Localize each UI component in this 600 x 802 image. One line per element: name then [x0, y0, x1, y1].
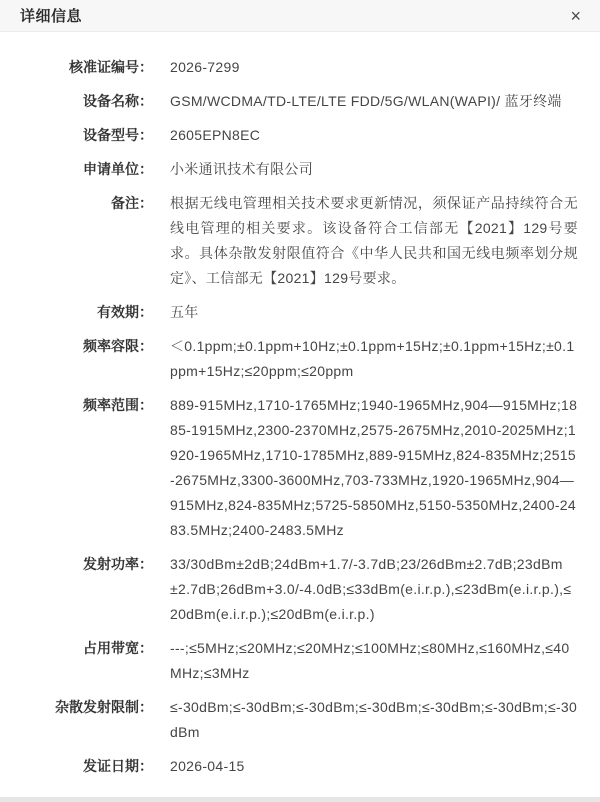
- field-label: 设备型号：: [18, 123, 153, 148]
- field-row-applicant: 申请单位： 小米通讯技术有限公司: [18, 157, 578, 182]
- dialog-header: 详细信息 ×: [0, 0, 600, 32]
- field-label: 杂散发射限制：: [18, 695, 153, 720]
- field-row-transmit-power: 发射功率： 33/30dBm±2dB;24dBm+1.7/-3.7dB;23/2…: [18, 552, 578, 627]
- field-row-device-name: 设备名称： GSM/WCDMA/TD-LTE/LTE FDD/5G/WLAN(W…: [18, 89, 578, 114]
- field-value: 2026-7299: [170, 55, 578, 80]
- field-row-validity-period: 有效期： 五年: [18, 300, 578, 325]
- field-label: 核准证编号：: [18, 55, 153, 80]
- field-row-frequency-range: 频率范围： 889-915MHz,1710-1765MHz;1940-1965M…: [18, 393, 578, 543]
- dialog-body: 核准证编号： 2026-7299 设备名称： GSM/WCDMA/TD-LTE/…: [0, 32, 600, 779]
- field-row-remarks: 备注： 根据无线电管理相关技术要求更新情况，须保证产品持续符合无线电管理的相关要…: [18, 191, 578, 291]
- field-label: 占用带宽：: [18, 636, 153, 661]
- details-dialog: 详细信息 × 核准证编号： 2026-7299 设备名称： GSM/WCDMA/…: [0, 0, 600, 802]
- field-row-device-model: 设备型号： 2605EPN8EC: [18, 123, 578, 148]
- field-value: ≤-30dBm;≤-30dBm;≤-30dBm;≤-30dBm;≤-30dBm;…: [170, 695, 578, 745]
- field-row-approval-cert-number: 核准证编号： 2026-7299: [18, 55, 578, 80]
- field-row-spurious-emission-limit: 杂散发射限制： ≤-30dBm;≤-30dBm;≤-30dBm;≤-30dBm;…: [18, 695, 578, 745]
- field-row-issue-date: 发证日期： 2026-04-15: [18, 754, 578, 779]
- dialog-title: 详细信息: [20, 5, 82, 26]
- field-label: 有效期：: [18, 300, 153, 325]
- field-label: 设备名称：: [18, 89, 153, 114]
- close-icon: ×: [570, 6, 581, 26]
- field-label: 发射功率：: [18, 552, 153, 577]
- field-label: 频率范围：: [18, 393, 153, 418]
- field-value: GSM/WCDMA/TD-LTE/LTE FDD/5G/WLAN(WAPI)/ …: [170, 89, 578, 114]
- field-value: 889-915MHz,1710-1765MHz;1940-1965MHz,904…: [170, 393, 578, 543]
- field-label: 申请单位：: [18, 157, 153, 182]
- field-value: 五年: [170, 300, 578, 325]
- bottom-divider: [0, 797, 600, 802]
- field-value: 小米通讯技术有限公司: [170, 157, 578, 182]
- field-value: ＜0.1ppm;±0.1ppm+10Hz;±0.1ppm+15Hz;±0.1pp…: [170, 334, 578, 384]
- field-value: 2605EPN8EC: [170, 123, 578, 148]
- close-button[interactable]: ×: [570, 7, 581, 25]
- field-row-frequency-tolerance: 频率容限： ＜0.1ppm;±0.1ppm+10Hz;±0.1ppm+15Hz;…: [18, 334, 578, 384]
- field-label: 备注：: [18, 191, 153, 216]
- field-value: 2026-04-15: [170, 754, 578, 779]
- field-label: 发证日期：: [18, 754, 153, 779]
- field-value: ---;≤5MHz;≤20MHz;≤20MHz;≤100MHz;≤80MHz,≤…: [170, 636, 578, 686]
- field-label: 频率容限：: [18, 334, 153, 359]
- field-value: 33/30dBm±2dB;24dBm+1.7/-3.7dB;23/26dBm±2…: [170, 552, 578, 627]
- field-value: 根据无线电管理相关技术要求更新情况，须保证产品持续符合无线电管理的相关要求。该设…: [170, 191, 578, 291]
- field-row-occupied-bandwidth: 占用带宽： ---;≤5MHz;≤20MHz;≤20MHz;≤100MHz;≤8…: [18, 636, 578, 686]
